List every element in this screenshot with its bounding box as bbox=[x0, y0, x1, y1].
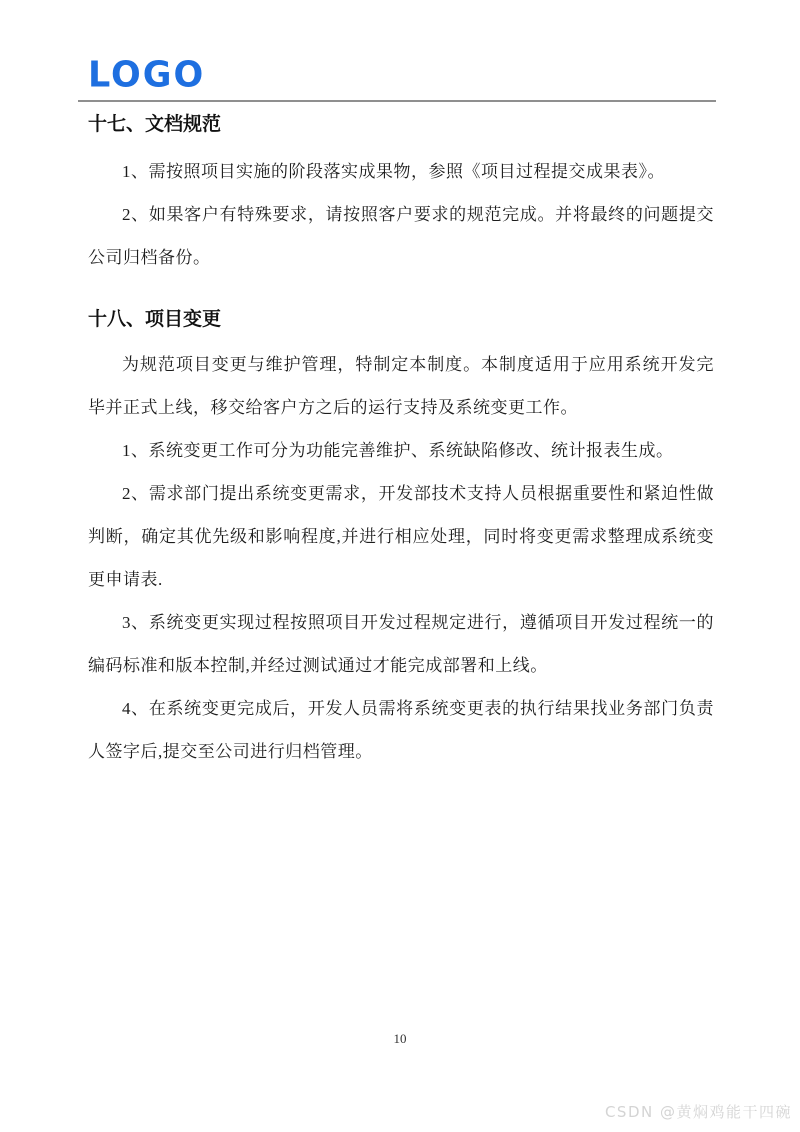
paragraph-18-4: 4、在系统变更完成后，开发人员需将系统变更表的执行结果找业务部门负责人签字后,提… bbox=[88, 687, 714, 773]
paragraph-17-1: 1、需按照项目实施的阶段落实成果物，参照《项目过程提交成果表》。 bbox=[88, 150, 714, 193]
paragraph-17-2: 2、如果客户有特殊要求，请按照客户要求的规范完成。并将最终的问题提交公司归档备份… bbox=[88, 193, 714, 279]
paragraph-18-1: 1、系统变更工作可分为功能完善维护、系统缺陷修改、统计报表生成。 bbox=[88, 429, 714, 472]
paragraph-18-intro: 为规范项目变更与维护管理，特制定本制度。本制度适用于应用系统开发完毕并正式上线，… bbox=[88, 343, 714, 429]
page-header: LOGO bbox=[0, 0, 800, 102]
paragraph-18-2: 2、需求部门提出系统变更需求，开发部技术支持人员根据重要性和紧迫性做判断，确定其… bbox=[88, 472, 714, 601]
company-logo: LOGO bbox=[88, 56, 205, 95]
section-heading-18: 十八、项目变更 bbox=[88, 307, 714, 333]
header-divider bbox=[78, 100, 716, 102]
section-heading-17: 十七、文档规范 bbox=[88, 112, 714, 138]
paragraph-18-3: 3、系统变更实现过程按照项目开发过程规定进行，遵循项目开发过程统一的编码标准和版… bbox=[88, 601, 714, 687]
document-body: 十七、文档规范 1、需按照项目实施的阶段落实成果物，参照《项目过程提交成果表》。… bbox=[0, 112, 800, 773]
csdn-watermark: CSDN @黄焖鸡能干四碗 bbox=[605, 1101, 792, 1122]
document-page: LOGO 十七、文档规范 1、需按照项目实施的阶段落实成果物，参照《项目过程提交… bbox=[0, 0, 800, 1132]
page-number: 10 bbox=[0, 1031, 800, 1047]
